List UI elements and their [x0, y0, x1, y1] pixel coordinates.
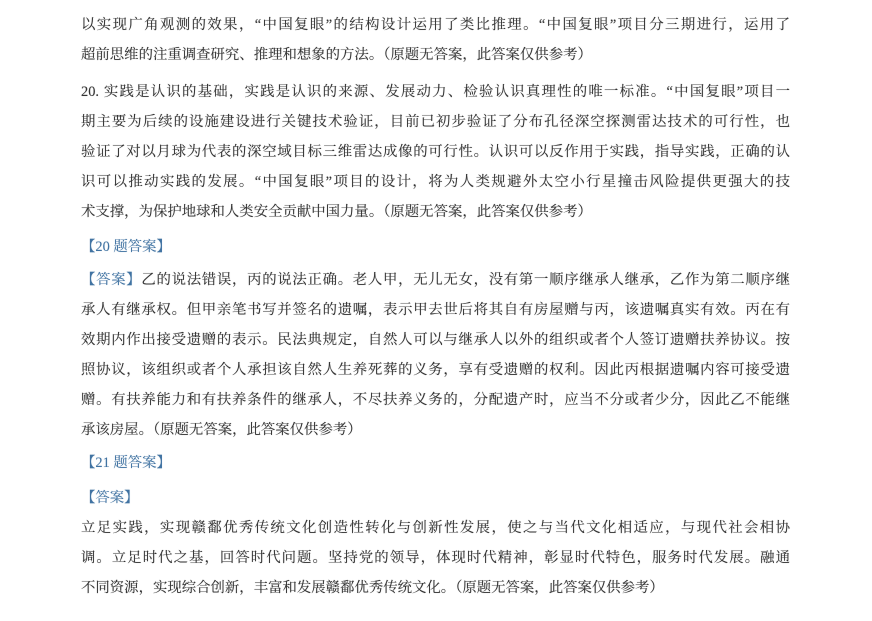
document-page: 以实现广角观测的效果，“中国复眼”的结构设计运用了类比推理。“中国复眼”项目分三… — [0, 0, 872, 621]
q21-answer-paragraph: 立足实践，实现赣鄱优秀传统文化创造性转化与创新性发展，使之与当代文化相适应，与现… — [81, 513, 790, 603]
text-line: 超前思维的注重调查研究、推理和想象的方法。（原题无答案，此答案仅供参考） — [81, 40, 790, 70]
text-line: 不同资源，实现综合创新，丰富和发展赣鄱优秀传统文化。（原题无答案，此答案仅供参考… — [81, 573, 790, 603]
q20-explanation-paragraph: 20. 实践是认识的基础，实践是认识的来源、发展动力、检验认识真理性的唯一标准。… — [81, 77, 790, 227]
text-line: 以实现广角观测的效果，“中国复眼”的结构设计运用了类比推理。“中国复眼”项目分三… — [81, 10, 790, 40]
text-line: 赠。有扶养能力和有扶养条件的继承人，不尽扶养义务的，分配遗产时，应当不分或者少分… — [81, 385, 790, 415]
q21-answer-section: 【21 题答案】 — [81, 448, 790, 478]
q19-answer-tail-paragraph: 以实现广角观测的效果，“中国复眼”的结构设计运用了类比推理。“中国复眼”项目分三… — [81, 10, 790, 70]
text-line: 立足实践，实现赣鄱优秀传统文化创造性转化与创新性发展，使之与当代文化相适应，与现… — [81, 513, 790, 543]
text-line: 效期内作出接受遗赠的表示。民法典规定，自然人可以与继承人以外的组织或者个人签订遗… — [81, 325, 790, 355]
text-line: 期主要为后续的设施建设进行关键技术验证，目前已初步验证了分布孔径深空探测雷达技术… — [81, 107, 790, 137]
text-line: 识可以推动实践的发展。“中国复眼”项目的设计，将为人类规避外太空小行星撞击风险提… — [81, 167, 790, 197]
text-line: 20. 实践是认识的基础，实践是认识的来源、发展动力、检验认识真理性的唯一标准。… — [81, 77, 790, 107]
q21-answer-label-row: 【答案】 — [81, 483, 790, 513]
answer-21-heading: 【21 题答案】 — [81, 448, 790, 478]
q20-answer-paragraph: 【答案】乙的说法错误，丙的说法正确。老人甲，无儿无女，没有第一顺序继承人继承，乙… — [81, 265, 790, 445]
answer-20-heading: 【20 题答案】 — [81, 232, 790, 262]
text-line: 验证了对以月球为代表的深空域目标三维雷达成像的可行性。认识可以反作用于实践，指导… — [81, 137, 790, 167]
q20-answer-section: 【20 题答案】 — [81, 232, 790, 262]
text-line: 承该房屋。（原题无答案，此答案仅供参考） — [81, 415, 790, 445]
answer-label: 【答案】 — [81, 272, 141, 288]
text-line: 【答案】乙的说法错误，丙的说法正确。老人甲，无儿无女，没有第一顺序继承人继承，乙… — [81, 265, 790, 295]
document-content: 以实现广角观测的效果，“中国复眼”的结构设计运用了类比推理。“中国复眼”项目分三… — [81, 10, 790, 603]
text-line: 调。立足时代之基，回答时代问题。坚持党的领导，体现时代精神，彰显时代特色，服务时… — [81, 543, 790, 573]
text-line: 照协议，该组织或者个人承担该自然人生养死葬的义务，享有受遗赠的权利。因此丙根据遗… — [81, 355, 790, 385]
text-line: 承人有继承权。但甲亲笔书写并签名的遗嘱，表示甲去世后将其自有房屋赠与丙，该遗嘱真… — [81, 295, 790, 325]
answer-label: 【答案】 — [81, 483, 790, 513]
answer-text: 乙的说法错误，丙的说法正确。老人甲，无儿无女，没有第一顺序继承人继承，乙作为第二… — [141, 272, 790, 288]
text-line: 术支撑，为保护地球和人类安全贡献中国力量。（原题无答案，此答案仅供参考） — [81, 197, 790, 227]
